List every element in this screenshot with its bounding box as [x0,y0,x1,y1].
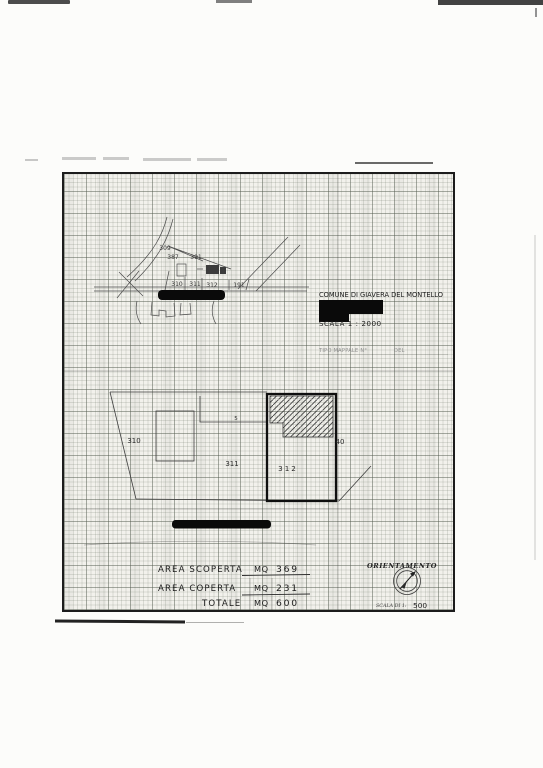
scan-line-below-frame [55,620,185,623]
inset-building-stamp [220,267,226,274]
map-scale-label: SCALA 1 : 2000 [319,320,382,328]
redaction-bar-plan [172,520,271,529]
scan-smudge [143,158,191,161]
redaction-bar-title [319,300,383,322]
orientation-scale-value: 500 [413,601,427,610]
inset-parcel-label-310: 310 [171,281,183,288]
inset-road-tail [212,301,216,324]
inset-building-outline [177,264,186,276]
scan-line-below-frame-tail [186,622,244,623]
plan-parcel-label-312: 312 [278,464,298,473]
inset-parcel-label-191: 191 [233,282,245,289]
compass-icon [394,568,421,595]
areas-row-unit: MQ [254,598,269,608]
plan-faint-contour [84,541,316,545]
tipo-mappale-label: TIPO MAPPALE N° [318,348,367,354]
covered-building-hatch [270,396,333,437]
inset-road-tail [136,301,141,324]
plan-east-diagonal [339,466,371,501]
scan-artifact-top-left-bar [8,0,70,4]
scan-artifact-top-right-bar [438,0,543,5]
inset-map: 309 387 391 310 311 312 191 [94,217,309,324]
inset-road-crossing [117,271,143,298]
scan-smudge [103,157,129,160]
scan-artifact-right-tick [535,8,537,17]
areas-row-value: 600 [276,598,299,609]
scan-line-above-frame [355,162,433,164]
scan-smudge [62,157,96,160]
orientation-scale-prefix: SCALA DI 1: [376,603,407,609]
plan-west-boundary [110,392,136,499]
inset-parcel-squiggle [151,302,175,317]
redaction-bar-inset [158,290,225,300]
inset-parcel-squiggle [180,303,191,315]
plan-inner-square [156,411,194,461]
needle-vane [401,581,407,589]
inset-parcel-label-391: 391 [190,254,202,261]
scanned-cadastral-document: { "colors": { "ink": "#1c1c1c", "paper":… [0,0,543,768]
table-underline [242,575,310,576]
scan-smudge [25,159,38,161]
inset-diagonal-road [238,237,300,291]
scan-smudge [197,158,227,161]
inset-parcel-label-387: 387 [167,254,179,261]
inset-parcel-label-311: 311 [189,281,201,288]
page-edge-shadow [534,235,536,560]
plan-parcel-label-311: 311 [225,460,238,468]
areas-row-unit: MQ [254,564,269,574]
scan-artifact-top-center-bar [216,0,252,3]
table-underline [242,594,310,595]
plan-parcel-label-310: 310 [127,437,140,445]
areas-row-label: AREA COPERTA [158,584,236,594]
orientation-box: ORIENTAMENTO SCALA DI 1: 500 [367,562,437,610]
areas-row-label: AREA SCOPERTA [158,565,243,575]
del-label: DEL [394,348,405,354]
areas-table: AREA SCOPERTA MQ 369 AREA COPERTA MQ 231… [158,564,310,610]
areas-row-unit: MQ [254,583,269,593]
site-plan: 310 311 312 40 5 [64,392,453,545]
plan-point-label-5: 5 [234,416,238,422]
areas-row-value: 369 [276,564,299,575]
inset-parcel-label-312: 312 [206,282,218,289]
title-block: COMUNE DI GIAVERA DEL MONTELLO SCALA 1 :… [318,290,448,355]
map-sheet-frame: 309 387 391 310 311 312 191 COMUNE DI GI… [62,172,455,612]
inset-building-stamp [206,265,219,274]
plan-parcel-label-40: 40 [336,438,345,446]
areas-row-value: 231 [276,583,299,594]
inset-parcel-label-309: 309 [159,245,171,252]
areas-row-label: TOTALE [201,599,241,609]
cadastral-drawing: 309 387 391 310 311 312 191 COMUNE DI GI… [64,174,453,610]
municipality-title: COMUNE DI GIAVERA DEL MONTELLO [319,290,443,299]
